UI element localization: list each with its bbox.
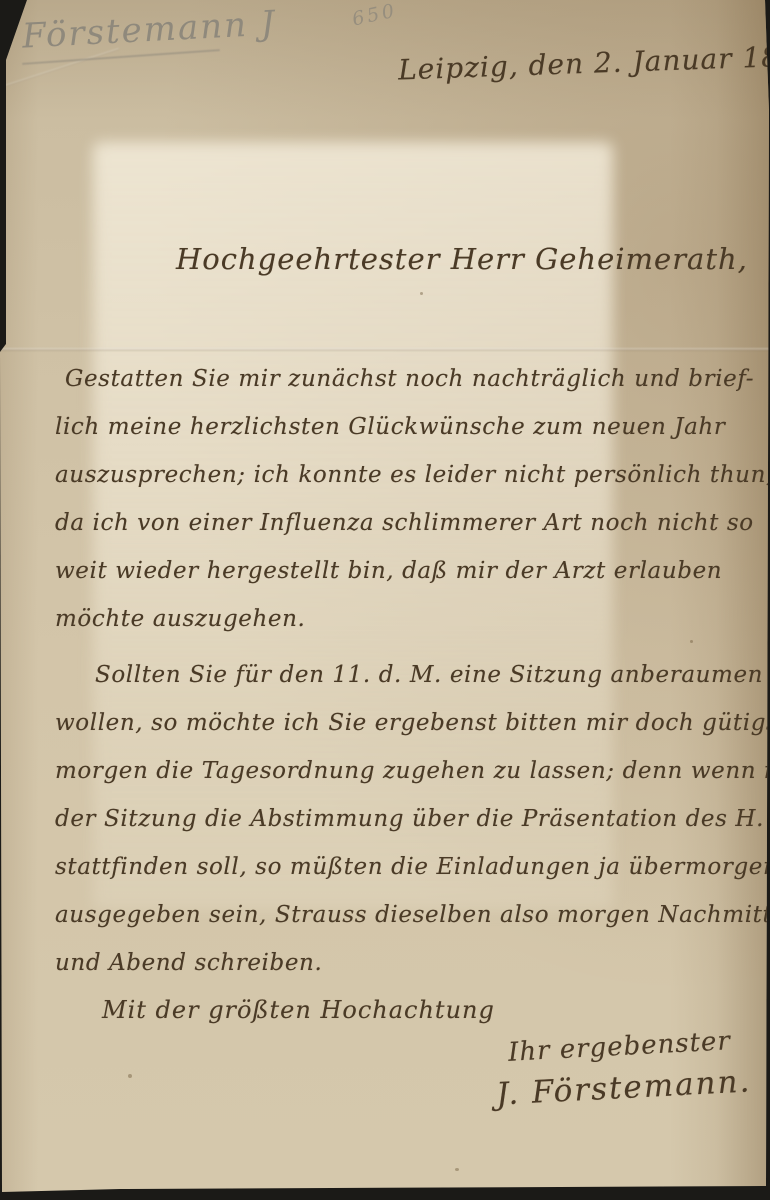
paper-speck [420, 292, 423, 295]
archive-number: 650 [350, 0, 399, 30]
letter-salutation: Hochgeehrtester Herr Geheimerath, [176, 242, 748, 276]
letter-line: auszusprechen; ich konnte es leider nich… [55, 462, 755, 510]
paper-speck [128, 1074, 132, 1078]
fold-crease [0, 348, 770, 351]
letter-line: weit wieder hergestellt bin, daß mir der… [55, 558, 755, 606]
letter-line: Gestatten Sie mir zunächst noch nachträg… [65, 366, 755, 414]
letter-line: Sollten Sie für den 11. d. M. eine Sitzu… [95, 662, 755, 710]
letter-line: morgen die Tagesordnung zugehen zu lasse… [55, 758, 755, 806]
letter-closing: Mit der größten Hochachtung [102, 996, 495, 1024]
letter-line: der Sitzung die Abstimmung über die Präs… [55, 806, 755, 854]
letter-signature: J. Förstemann. [495, 1063, 752, 1112]
letter-line: und Abend schreiben. [55, 950, 755, 998]
paper-speck [455, 1168, 459, 1171]
letter-line: wollen, so möchte ich Sie ergebenst bitt… [55, 710, 755, 758]
letter-body: Gestatten Sie mir zunächst noch nachträg… [55, 366, 755, 998]
letter-line: stattfinden soll, so müßten die Einladun… [55, 854, 755, 902]
letter-line: lich meine herzlichsten Glückwünsche zum… [55, 414, 755, 462]
paper-sheet: Förstemann J 650 Leipzig, den 2. Januar … [0, 0, 770, 1200]
letter-dateline: Leipzig, den 2. Januar 1890. [398, 39, 770, 87]
letter-line: ausgegeben sein, Strauss dieselben also … [55, 902, 755, 950]
letter-line: möchte auszugehen. [55, 606, 755, 654]
scanned-letter-page: Förstemann J 650 Leipzig, den 2. Januar … [0, 0, 770, 1200]
archivist-pencil-note: Förstemann J [21, 3, 277, 56]
letter-line: da ich von einer Influenza schlimmerer A… [55, 510, 755, 558]
letter-signoff: Ihr ergebenster [507, 1026, 731, 1068]
